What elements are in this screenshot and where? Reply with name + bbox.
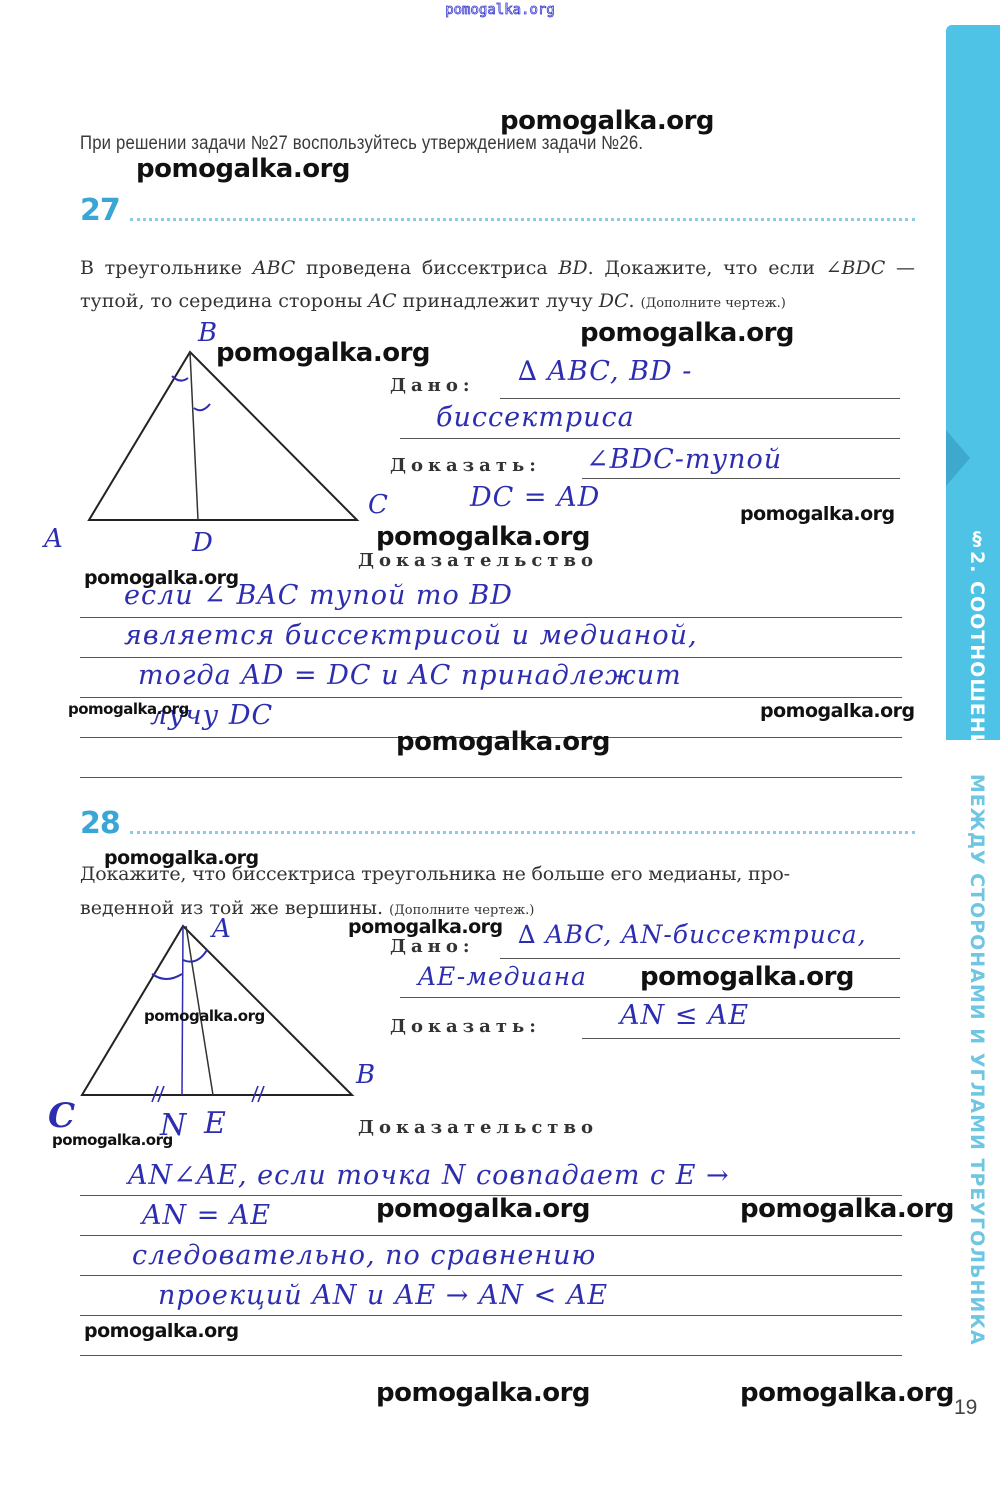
task-27-given-line-1 [500, 398, 900, 399]
task-28-proof-rule-3 [80, 1275, 902, 1276]
watermark: pomogalka.org [68, 700, 189, 718]
task-27-prove-text-2: DC = AD [470, 482, 600, 513]
watermark: pomogalka.org [760, 700, 915, 722]
task-28-given-line-2 [400, 997, 900, 998]
section-title-part2: МЕЖДУ СТОРОНАМИ И УГЛАМИ ТРЕУГОЛЬНИКА [966, 774, 988, 1346]
watermark: pomogalka.org [84, 1320, 239, 1342]
task-28-proof-text-1: AN∠AE, если точка N совпадает с E → [128, 1160, 730, 1191]
watermark: pomogalka.org [144, 1007, 265, 1025]
watermark: pomogalka.org [640, 962, 854, 992]
watermark: pomogalka.org [104, 847, 259, 869]
task-28-given-line-1 [500, 958, 900, 959]
task-28-label-b: B [356, 1060, 376, 1090]
task-28-proof-rule-4 [80, 1315, 902, 1316]
watermark: pomogalka.org [740, 1378, 954, 1408]
watermark: pomogalka.org [740, 1194, 954, 1224]
task-27-given-label: Дано: [390, 375, 475, 396]
task-28-proof-text-4: проекций AN и AE → AN < AE [158, 1280, 608, 1311]
section-title-vertical: §2. СООТНОШЕНИЯ МЕЖДУ СТОРОНАМИ И УГЛАМИ… [958, 528, 988, 1248]
task-27-given-line-2 [400, 438, 900, 439]
task-27-prove-line [582, 478, 900, 479]
task-28-given-label: Дано: [390, 936, 475, 957]
task-28-proof-rule-2 [80, 1235, 902, 1236]
watermark: pomogalka.org [740, 503, 895, 525]
task-28-given-text-1: ∆ ABC, AN-биссектриса, [518, 920, 867, 949]
task-27-note: (Дополните чертеж.) [641, 296, 786, 311]
task-28-prove-line [582, 1038, 900, 1039]
watermark: pomogalka.org [136, 154, 350, 184]
task-28-given-text-2: AE-медиана [418, 962, 587, 991]
task-27-given-text-2: биссектриса [436, 402, 635, 433]
task-28-label-a: A [212, 914, 232, 944]
watermark: pomogalka.org [376, 1378, 590, 1408]
task-27-prove-label: Доказать: [390, 455, 541, 476]
watermark: pomogalka.org [216, 338, 430, 368]
task-28-prove-label: Доказать: [390, 1016, 541, 1037]
watermark: pomogalka.org [580, 318, 794, 348]
task-28-proof-text-2: AN = AE [142, 1200, 271, 1231]
task-28-prove-text-1: AN ≤ AE [620, 1000, 749, 1031]
watermark: pomogalka.org [376, 1194, 590, 1224]
watermark: pomogalka.org [396, 727, 610, 757]
task-27-prove-text-1: ∠BDC-тупой [586, 444, 782, 475]
task-28-proof-label: Доказательство [358, 1117, 598, 1138]
section-title-part1: §2. СООТНОШЕНИЯ [966, 528, 988, 774]
watermark: pomogalka.org [500, 106, 714, 136]
watermark: pomogalka.org [348, 916, 503, 938]
task-28-proof-text-3: следовательно, по сравнению [132, 1240, 596, 1271]
task-27-given-text-1: ∆ ABC, BD - [518, 356, 692, 387]
watermark: pomogalka.org [84, 567, 239, 589]
side-tab-arrow-icon [946, 430, 970, 486]
watermark: pomogalka.org [376, 522, 590, 552]
page-number: 19 [954, 1396, 977, 1420]
task-28-label-e: E [204, 1106, 227, 1141]
watermark: pomogalka.org [52, 1131, 173, 1149]
task-28-proof-rule-5 [80, 1355, 902, 1356]
task-28-label-c: C [48, 1096, 76, 1136]
